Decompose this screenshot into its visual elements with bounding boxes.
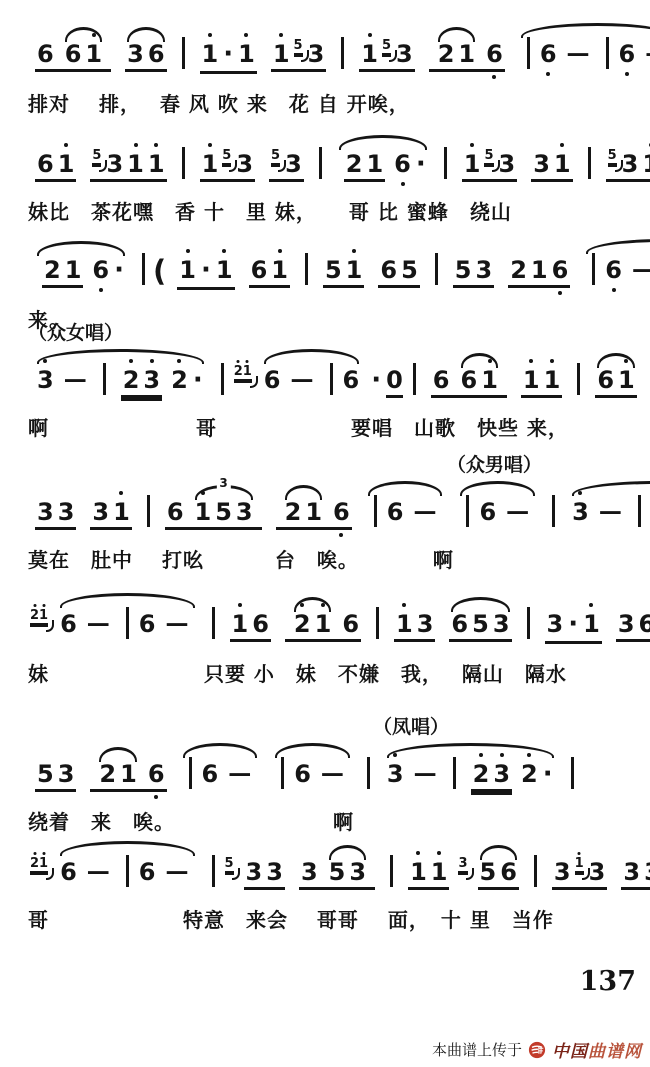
octave-dot-above: [134, 143, 138, 147]
barline: [212, 855, 215, 887]
note: 6: [461, 367, 478, 393]
octave-dot-above: [578, 491, 582, 495]
score-page: { "page": { "number": "137" }, "colors":…: [0, 0, 650, 1067]
note: 6: [333, 499, 350, 525]
note: 3: [387, 761, 404, 787]
note-digit: 5: [329, 859, 346, 885]
note: 6: [252, 611, 269, 637]
note: 6: [65, 41, 82, 67]
octave-dot-above: [42, 604, 45, 607]
note: 1: [148, 151, 165, 177]
note-digit: 6: [433, 367, 450, 393]
note-digit: 6: [500, 859, 517, 885]
note-digit: 5: [325, 257, 342, 283]
tie-group: 653: [449, 611, 511, 642]
note-digit: 5: [215, 499, 232, 525]
note-digit: 1: [458, 41, 475, 67]
note: 6: [148, 761, 165, 787]
octave-dot-above: [624, 359, 628, 363]
note: 1: [531, 257, 548, 283]
octave-dot-above: [279, 33, 283, 37]
note-digit: 2: [123, 367, 140, 393]
note-group: 31: [90, 499, 131, 530]
note: 1: [481, 367, 498, 393]
note-digit: 3: [58, 499, 75, 525]
note-digit: 5: [480, 859, 497, 885]
note: 2: [294, 611, 311, 637]
octave-dot-above: [129, 359, 133, 363]
barline: [182, 147, 185, 179]
note-digit: 3: [37, 499, 54, 525]
note-digit: 1: [148, 151, 165, 177]
music-system: 216·(1·1615165532166—6—来。: [28, 236, 644, 333]
notation-row: 532166—6—3—232·: [28, 740, 644, 792]
note: 3: [554, 859, 571, 885]
note-group: 31: [531, 151, 572, 182]
octave-dot-above: [43, 359, 47, 363]
note: 3: [106, 151, 123, 177]
note-group: 23: [121, 367, 162, 398]
note-group: 216: [285, 611, 361, 642]
octave-dot-above: [278, 249, 282, 253]
note-digit: 1: [346, 257, 363, 283]
note-group: 21: [344, 151, 385, 182]
note-digit: 6: [139, 611, 156, 637]
octave-dot-above: [578, 852, 581, 855]
notation-row: 661361·11531532166—6—: [28, 20, 644, 74]
octave-dot-above: [416, 851, 420, 855]
note: 3: [236, 499, 253, 525]
dash-note: —: [567, 41, 590, 67]
note-digit: 2: [285, 499, 302, 525]
octave-dot-above: [238, 603, 242, 607]
barline: [552, 495, 555, 527]
tie-arc: [60, 841, 194, 856]
note: 3: [493, 761, 510, 787]
barline: [577, 363, 580, 395]
note: 6: [264, 367, 281, 393]
note: 1: [464, 151, 481, 177]
lyrics-row: 妹比 茶花嘿 香 十 里 妹， 哥 比 蜜蜂 绕山: [28, 196, 644, 225]
note-digit: 3: [308, 41, 325, 67]
octave-dot-above: [321, 603, 325, 607]
octave-dot-below: [612, 288, 616, 292]
tuplet-label: 3: [216, 477, 230, 489]
grace-note: 21: [30, 857, 48, 873]
note: 6: [343, 367, 360, 393]
augmentation-dot: ·: [371, 365, 381, 395]
note-digit: 6: [605, 257, 622, 283]
note: 5: [37, 761, 54, 787]
note: 5: [401, 257, 418, 283]
dash-note: —: [166, 611, 189, 637]
note-digit: 6: [148, 761, 165, 787]
note-digit: 3: [417, 611, 434, 637]
note: 6: [251, 257, 268, 283]
grace-note: 21: [234, 365, 252, 381]
note-digit: 6: [333, 499, 350, 525]
grace-tail: [46, 620, 54, 632]
note: 6: [597, 367, 614, 393]
note: 2: [473, 761, 490, 787]
dash-note: —: [645, 41, 650, 67]
note-digit: 2: [510, 257, 527, 283]
note: 3: [622, 151, 639, 177]
barline: [189, 757, 192, 789]
note-group: 216: [276, 499, 352, 530]
tie-arc: [60, 593, 194, 608]
note: 6: [387, 499, 404, 525]
note-digit: 6: [148, 41, 165, 67]
barline: [606, 37, 609, 69]
octave-dot-below: [401, 182, 405, 186]
note: 1: [120, 761, 137, 787]
note-group: 153: [200, 149, 255, 182]
augmentation-dot: ·: [193, 365, 203, 395]
note-digit: 1: [58, 151, 75, 177]
music-system: 661361·11531532166—6—排对 排， 春 风 吹 来 花 自 开…: [28, 20, 644, 117]
note: 2: [171, 367, 188, 393]
music-system: （众女唱）3—232·216—6·0661116136啊 哥 要唱 山歌 快些 …: [28, 320, 644, 441]
octave-dot-below: [99, 288, 103, 292]
note: 2: [510, 257, 527, 283]
octave-dot-above: [119, 491, 123, 495]
grace-tail: [232, 868, 240, 880]
note-group: 53: [269, 149, 304, 182]
note: 1: [232, 611, 249, 637]
note-digit: 3: [127, 41, 144, 67]
note: 6: [342, 611, 359, 637]
tie-group: 6—: [366, 495, 445, 527]
note-digit: 1: [554, 151, 571, 177]
note-digit: 6: [167, 499, 184, 525]
note: 3: [572, 499, 589, 525]
barline: [374, 495, 377, 527]
tie-arc: [586, 239, 650, 254]
barline: [147, 495, 150, 527]
note: 3: [301, 859, 318, 885]
note: 3: [533, 151, 550, 177]
tie-group: 21: [283, 499, 324, 525]
tie-group: 6—6: [262, 363, 361, 395]
note: 3: [349, 859, 366, 885]
grace-note: 3: [458, 857, 467, 873]
note-digit: 1: [531, 257, 548, 283]
note-group: 216: [90, 761, 166, 792]
note: 3: [499, 151, 516, 177]
tie-group: 6—6—: [58, 607, 196, 639]
note: 1: [458, 41, 475, 67]
note-digit: 6: [294, 761, 311, 787]
notation-row: 216—6—16216136533·136: [28, 590, 644, 644]
note-digit: 5: [401, 257, 418, 283]
note-digit: 3: [499, 151, 516, 177]
note: 6: [294, 761, 311, 787]
grace-note: 5: [92, 149, 101, 165]
grace-note: 5: [608, 149, 617, 165]
note: 1: [195, 499, 212, 525]
barline: [341, 37, 344, 69]
note-digit: 6: [486, 41, 503, 67]
note: 3: [547, 611, 564, 637]
note-digit: 3: [301, 859, 318, 885]
grace-tail: [46, 868, 54, 880]
tie-arc: [368, 481, 443, 496]
note-digit: 2: [99, 761, 116, 787]
note-digit: 1: [464, 151, 481, 177]
barline: [588, 147, 591, 179]
barline: [376, 607, 379, 639]
note-digit: 2: [294, 611, 311, 637]
note-group: 53: [453, 257, 494, 288]
note: 1: [366, 151, 383, 177]
note-digit: 3: [475, 257, 492, 283]
note-digit: 3: [547, 611, 564, 637]
note: 1: [554, 151, 571, 177]
note: 3: [246, 859, 263, 885]
grace-note: 5: [222, 149, 231, 165]
note-group: 65: [378, 257, 419, 288]
tie-arc: [339, 135, 427, 150]
note: 2: [99, 761, 116, 787]
note: 6: [37, 41, 54, 67]
octave-dot-above: [150, 359, 154, 363]
barline: [527, 607, 530, 639]
note-digit: 1: [85, 41, 102, 67]
note-digit: 3: [285, 151, 302, 177]
tie-group: 53: [327, 859, 368, 885]
note: 6: [605, 257, 622, 283]
notation-row: 61531115353216·15331531653: [28, 130, 644, 182]
octave-dot-below: [154, 795, 158, 799]
note: 5: [472, 611, 489, 637]
note-group: 11: [408, 859, 449, 890]
dash-note: —: [413, 499, 436, 525]
note-group: 61: [249, 257, 290, 288]
note: 1: [346, 257, 363, 283]
note-digit: 1: [113, 499, 130, 525]
octave-dot-above: [393, 753, 397, 757]
octave-dot-above: [244, 33, 248, 37]
barline: [527, 37, 530, 69]
notation-row: 216·(1·1615165532166—6—: [28, 236, 644, 290]
note: 6: [619, 41, 636, 67]
octave-dot-above: [352, 249, 356, 253]
note-group: 33: [621, 859, 650, 890]
note: 1: [202, 151, 219, 177]
site-logo-icon: [528, 1041, 546, 1059]
note: 6: [167, 499, 184, 525]
note: 6: [479, 499, 496, 525]
note: 1: [273, 41, 290, 67]
barline: [466, 495, 469, 527]
tie-group: 216·: [337, 149, 429, 182]
note-digit: 1: [396, 611, 413, 637]
octave-dot-above: [222, 249, 226, 253]
note-group: 36: [616, 611, 650, 642]
tie-group: 6—: [181, 757, 260, 789]
note: 1: [179, 257, 196, 283]
note: 6: [433, 367, 450, 393]
notation-row: 3—232·216—6·0661116136: [28, 346, 644, 398]
octave-dot-above: [560, 143, 564, 147]
note-digit: 6: [552, 257, 569, 283]
note: 6: [60, 859, 77, 885]
note: 2: [123, 367, 140, 393]
note-digit: 6: [92, 257, 109, 283]
note-digit: 6: [37, 151, 54, 177]
barline: [126, 855, 129, 887]
barline: [126, 607, 129, 639]
note-digit: 0: [386, 367, 403, 393]
note: 3: [644, 859, 650, 885]
music-system: 216—6—5333531135631333哥 特意 来会 哥哥 面， 十 里 …: [28, 838, 644, 933]
barline: [182, 37, 185, 69]
voice-annotation: （众男唱）: [28, 452, 644, 478]
barline: [453, 757, 456, 789]
note-digit: 6: [202, 761, 219, 787]
augmentation-dot: ·: [416, 149, 426, 179]
note: 2: [438, 41, 455, 67]
note: 6: [139, 611, 156, 637]
grace-note: 5: [271, 149, 280, 165]
note: 3: [236, 151, 253, 177]
note: 3: [143, 367, 160, 393]
octave-dot-above: [42, 852, 45, 855]
tie-group: 61: [459, 367, 500, 393]
note-digit: 1: [431, 859, 448, 885]
note-digit: 6: [65, 41, 82, 67]
note-digit: 3: [533, 151, 550, 177]
tie-group: 3—232·: [35, 363, 206, 398]
note: 3: [589, 859, 606, 885]
augmentation-dot: ·: [568, 609, 578, 639]
octave-dot-above: [500, 753, 504, 757]
notation-row: 3331631532166—6—3—232·: [28, 478, 644, 530]
grace-note: 5: [225, 857, 234, 873]
note-group: 661: [35, 41, 111, 72]
tie-group: 36: [125, 41, 166, 72]
note-digit: 1: [410, 859, 427, 885]
tie-arc: [37, 241, 125, 256]
note: 5: [215, 499, 232, 525]
upload-credit-text: 本曲谱上传于: [432, 1039, 522, 1060]
tie-group: 6—6—: [58, 855, 196, 887]
dash-note: —: [87, 859, 110, 885]
grace-note: 5: [294, 39, 303, 55]
octave-dot-below: [558, 291, 562, 295]
lyrics-row: 妹 只要 小 妹 不嫌 我， 隔山 隔水: [28, 658, 644, 687]
note-digit: 1: [238, 41, 255, 67]
tie-arc: [275, 743, 350, 758]
dash-note: —: [321, 761, 344, 787]
notation-row: 216—6—5333531135631333: [28, 838, 644, 890]
note: 1: [65, 257, 82, 283]
note: 1: [642, 151, 650, 177]
note: 6: [92, 257, 109, 283]
lyrics-row: 啊 哥 要唱 山歌 快些 来，: [28, 412, 644, 441]
note: 3: [396, 41, 413, 67]
note-digit: 3: [623, 859, 640, 885]
augmentation-dot: ·: [114, 255, 124, 285]
note-digit: 3: [143, 367, 160, 393]
note: 3: [285, 151, 302, 177]
note-group: 23: [471, 761, 512, 792]
note-group: 153: [271, 39, 326, 72]
note-digit: 6: [619, 41, 636, 67]
note-digit: 2: [346, 151, 363, 177]
note-digit: 3: [572, 499, 589, 525]
note-digit: 1: [481, 367, 498, 393]
site-name-cn: 中国: [552, 1042, 588, 1062]
lyrics-row: 哥 特意 来会 哥哥 面， 十 里 当作: [28, 904, 644, 933]
barline: [281, 757, 284, 789]
barline: [330, 363, 333, 395]
note-digit: 2: [521, 761, 538, 787]
note: 0: [386, 367, 403, 398]
note-group: 313: [552, 857, 607, 890]
note-digit: 1: [361, 41, 378, 67]
note-digit: 3: [236, 151, 253, 177]
note-digit: 6: [540, 41, 557, 67]
note-digit: 6: [60, 611, 77, 637]
octave-dot-above: [201, 491, 205, 495]
octave-dot-above: [527, 753, 531, 757]
note: 3: [127, 41, 144, 67]
barline: [221, 363, 224, 395]
note-digit: 3: [387, 761, 404, 787]
note-group: 63153: [165, 499, 262, 530]
voice-annotation: （众女唱）: [28, 320, 644, 346]
note-digit: 2: [44, 257, 61, 283]
lyrics-row: 绕着 来 唉。 啊: [28, 806, 644, 835]
octave-dot-above: [33, 604, 36, 607]
note: 5: [480, 859, 497, 885]
barline: [435, 253, 438, 285]
octave-dot-above: [368, 33, 372, 37]
dash-note: —: [506, 499, 529, 525]
note: 5: [455, 257, 472, 283]
note-group: 153: [359, 39, 414, 72]
note-digit: 3: [554, 859, 571, 885]
note: 3: [623, 859, 640, 885]
grace-tail: [250, 376, 258, 388]
note-digit: 1: [195, 499, 212, 525]
octave-dot-below: [546, 72, 550, 76]
octave-dot-below: [339, 533, 343, 537]
note-digit: 6: [139, 859, 156, 885]
note-digit: 3: [618, 611, 635, 637]
note: 6: [486, 41, 503, 67]
barline: [638, 495, 641, 527]
tie-arc: [572, 481, 650, 496]
note-group: 53: [35, 761, 76, 792]
note-digit: 6: [60, 859, 77, 885]
note-digit: 3: [589, 859, 606, 885]
note-digit: 1: [120, 761, 137, 787]
tie-arc: [264, 349, 359, 364]
note: 3: [37, 499, 54, 525]
note-digit: 1: [583, 611, 600, 637]
grace-digit: 2: [234, 365, 243, 378]
barline: [534, 855, 537, 887]
note-digit: 3: [92, 499, 109, 525]
note-digit: 1: [65, 257, 82, 283]
dash-note: —: [87, 611, 110, 637]
octave-dot-above: [300, 603, 304, 607]
note-digit: 1: [273, 41, 290, 67]
note-digit: 1: [232, 611, 249, 637]
